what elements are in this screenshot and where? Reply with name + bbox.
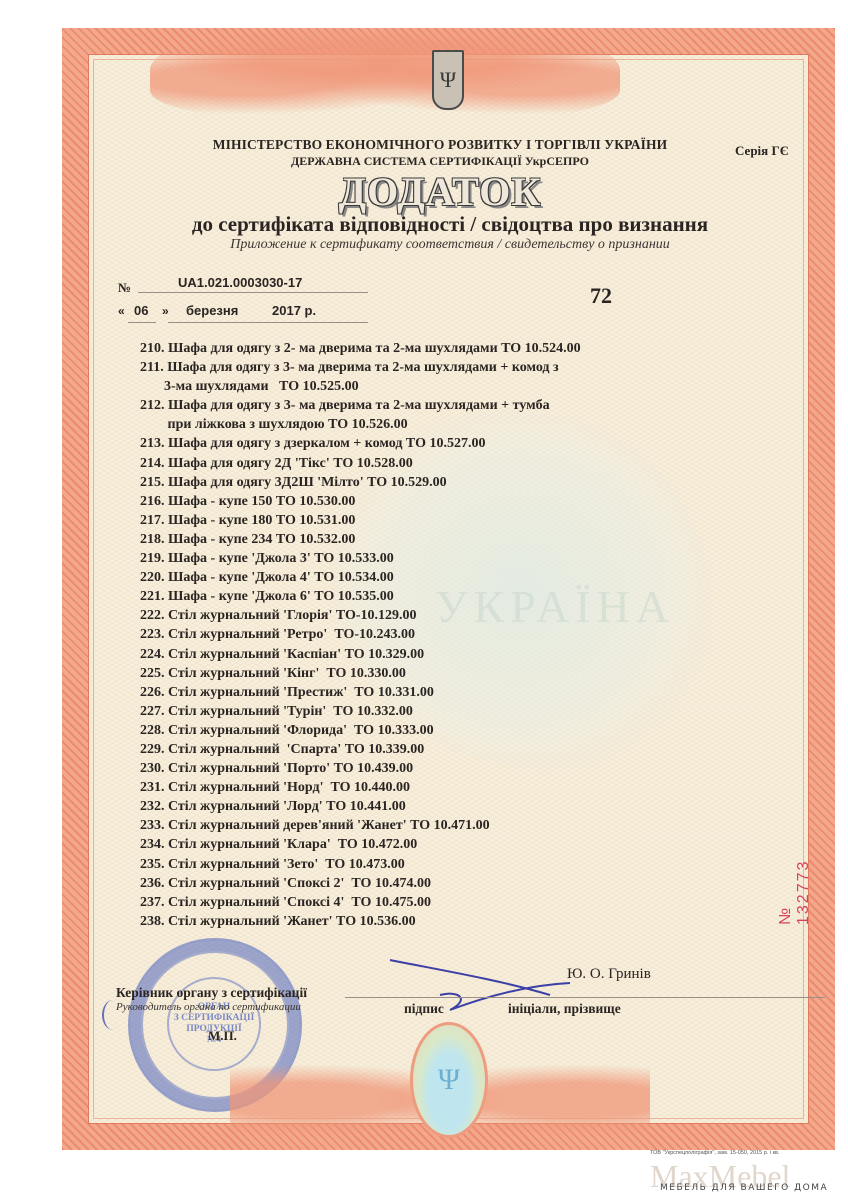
series-label: Серія ГЄ xyxy=(735,143,789,159)
top-ornament xyxy=(150,20,620,120)
list-item: 225. Стіл журнальний 'Кінг' ТО 10.330.00 xyxy=(140,664,700,683)
date-month: березня xyxy=(186,303,238,318)
list-item: 218. Шафа - купе 234 ТО 10.532.00 xyxy=(140,530,700,549)
list-item-text: 212. Шафа для одягу з 3- ма дверима та 2… xyxy=(140,398,550,413)
list-item-text: 213. Шафа для одягу з дзеркалом + комод … xyxy=(140,436,485,451)
brand-tagline: МЕБЕЛЬ ДЛЯ ВАШЕГО ДОМА xyxy=(660,1183,828,1193)
list-item-text: 230. Стіл журнальний 'Порто' ТО 10.439.0… xyxy=(140,761,413,776)
trident-icon: Ψ xyxy=(432,50,464,110)
list-item-continuation: при ліжкова з шухлядою ТО 10.526.00 xyxy=(140,415,700,434)
list-item: 217. Шафа - купе 180 ТО 10.531.00 xyxy=(140,511,700,530)
head-label-ru: Руководитель органа по сертификации xyxy=(116,1001,301,1013)
list-item: 223. Стіл журнальний 'Ретро' ТО-10.243.0… xyxy=(140,625,700,644)
list-item-text: 211. Шафа для одягу з 3- ма дверима та 2… xyxy=(140,360,559,375)
list-item: 220. Шафа - купе 'Джола 4' ТО 10.534.00 xyxy=(140,568,700,587)
list-item-text: 228. Стіл журнальний 'Флорида' ТО 10.333… xyxy=(140,723,434,738)
list-item: 236. Стіл журнальний 'Споксі 2' ТО 10.47… xyxy=(140,874,700,893)
date-day: 06 xyxy=(134,303,148,318)
list-item: 229. Стіл журнальний 'Спарта' ТО 10.339.… xyxy=(140,740,700,759)
initials-label: ініціали, прізвище xyxy=(508,1001,621,1017)
list-item-text: 234. Стіл журнальний 'Клара' ТО 10.472.0… xyxy=(140,837,417,852)
list-item-text: 232. Стіл журнальний 'Лорд' ТО 10.441.00 xyxy=(140,799,406,814)
list-item-text: 226. Стіл журнальний 'Престиж' ТО 10.331… xyxy=(140,685,434,700)
day-underline xyxy=(128,322,156,323)
date-open-quote: « xyxy=(118,304,125,318)
number-label: № xyxy=(118,280,131,296)
list-item-text: 236. Стіл журнальний 'Споксі 2' ТО 10.47… xyxy=(140,876,431,891)
list-item: 238. Стіл журнальний 'Жанет' ТО 10.536.0… xyxy=(140,912,700,931)
list-item-text: 238. Стіл журнальний 'Жанет' ТО 10.536.0… xyxy=(140,914,416,929)
subtitle: до сертифіката відповідності / свідоцтва… xyxy=(120,212,780,237)
certification-system: ДЕРЖАВНА СИСТЕМА СЕРТИФІКАЦІЇ УкрСЕПРО xyxy=(160,154,720,169)
certificate-number: UA1.021.0003030-17 xyxy=(178,275,302,290)
list-item: 232. Стіл журнальний 'Лорд' ТО 10.441.00 xyxy=(140,797,700,816)
hologram-trident-icon: Ψ xyxy=(410,1022,488,1138)
list-item-text: 235. Стіл журнальний 'Зето' ТО 10.473.00 xyxy=(140,857,405,872)
list-item-text: 224. Стіл журнальний 'Каспіан' ТО 10.329… xyxy=(140,647,424,662)
list-item-text: 219. Шафа - купе 'Джола 3' ТО 10.533.00 xyxy=(140,551,394,566)
list-item-text: 231. Стіл журнальний 'Норд' ТО 10.440.00 xyxy=(140,780,410,795)
list-item: 230. Стіл журнальний 'Порто' ТО 10.439.0… xyxy=(140,759,700,778)
signature-label: підпис xyxy=(404,1001,444,1017)
handwritten-signature xyxy=(380,950,620,1030)
list-item-text: 229. Стіл журнальний 'Спарта' ТО 10.339.… xyxy=(140,742,424,757)
list-item: 237. Стіл журнальний 'Споксі 4' ТО 10.47… xyxy=(140,893,700,912)
list-item: 224. Стіл журнальний 'Каспіан' ТО 10.329… xyxy=(140,645,700,664)
list-item-text: 214. Шафа для одягу 2Д 'Тікс' ТО 10.528.… xyxy=(140,456,413,471)
list-item: 233. Стіл журнальний дерев'яний 'Жанет' … xyxy=(140,816,700,835)
signature-line xyxy=(345,997,825,998)
signatory-name: Ю. О. Гринів xyxy=(567,966,651,983)
number-underline xyxy=(138,292,368,293)
date-close-quote: » xyxy=(162,304,169,318)
list-item: 226. Стіл журнальний 'Престиж' ТО 10.331… xyxy=(140,683,700,702)
list-item: 221. Шафа - купе 'Джола 6' ТО 10.535.00 xyxy=(140,587,700,606)
list-item-text: 227. Стіл журнальний 'Турін' ТО 10.332.0… xyxy=(140,704,413,719)
stamp-line: З СЕРТИФІКАЦІЇ xyxy=(174,1013,255,1024)
subtitle-ru: Приложение к сертификату соответствия / … xyxy=(120,237,780,253)
list-item-text: 210. Шафа для одягу з 2- ма дверима та 2… xyxy=(140,341,581,356)
list-item: 210. Шафа для одягу з 2- ма дверима та 2… xyxy=(140,339,700,358)
printer-note: ТОВ "Укрспецполіграфія", зам. 15-050, 20… xyxy=(650,1150,779,1156)
list-item-text: 237. Стіл журнальний 'Споксі 4' ТО 10.47… xyxy=(140,895,431,910)
list-item-text: 220. Шафа - купе 'Джола 4' ТО 10.534.00 xyxy=(140,570,394,585)
list-item-text: 221. Шафа - купе 'Джола 6' ТО 10.535.00 xyxy=(140,589,394,604)
list-item: 228. Стіл журнальний 'Флорида' ТО 10.333… xyxy=(140,721,700,740)
list-item-text: 233. Стіл журнальний дерев'яний 'Жанет' … xyxy=(140,818,490,833)
list-item-text: 218. Шафа - купе 234 ТО 10.532.00 xyxy=(140,532,355,547)
list-item-text: 217. Шафа - купе 180 ТО 10.531.00 xyxy=(140,513,355,528)
list-item: 215. Шафа для одягу 3Д2Ш 'Мілто' ТО 10.5… xyxy=(140,473,700,492)
page-number: 72 xyxy=(590,283,612,309)
list-item: 213. Шафа для одягу з дзеркалом + комод … xyxy=(140,434,700,453)
list-item-text: 215. Шафа для одягу 3Д2Ш 'Мілто' ТО 10.5… xyxy=(140,475,447,490)
list-item-text: 216. Шафа - купе 150 ТО 10.530.00 xyxy=(140,494,355,509)
product-list: 210. Шафа для одягу з 2- ма дверима та 2… xyxy=(140,339,700,931)
list-item: 214. Шафа для одягу 2Д 'Тікс' ТО 10.528.… xyxy=(140,454,700,473)
list-item: 212. Шафа для одягу з 3- ма дверима та 2… xyxy=(140,396,700,434)
serial-number: № 132773 xyxy=(777,854,813,925)
list-item-text: 223. Стіл журнальний 'Ретро' ТО-10.243.0… xyxy=(140,627,415,642)
list-item: 235. Стіл журнальний 'Зето' ТО 10.473.00 xyxy=(140,855,700,874)
list-item: 219. Шафа - купе 'Джола 3' ТО 10.533.00 xyxy=(140,549,700,568)
list-item: 216. Шафа - купе 150 ТО 10.530.00 xyxy=(140,492,700,511)
list-item: 227. Стіл журнальний 'Турін' ТО 10.332.0… xyxy=(140,702,700,721)
date-year: 2017 р. xyxy=(272,303,316,318)
list-item-text: 222. Стіл журнальний 'Глорія' ТО-10.129.… xyxy=(140,608,417,623)
list-item: 234. Стіл журнальний 'Клара' ТО 10.472.0… xyxy=(140,835,700,854)
list-item: 211. Шафа для одягу з 3- ма дверима та 2… xyxy=(140,358,700,396)
list-item-continuation: 3-ма шухлядами ТО 10.525.00 xyxy=(140,377,700,396)
list-item-text: 225. Стіл журнальний 'Кінг' ТО 10.330.00 xyxy=(140,666,406,681)
date-underline xyxy=(168,322,368,323)
list-item: 222. Стіл журнальний 'Глорія' ТО-10.129.… xyxy=(140,606,700,625)
page-title: ДОДАТОК xyxy=(160,168,720,215)
ministry-name: МІНІСТЕРСТВО ЕКОНОМІЧНОГО РОЗВИТКУ І ТОР… xyxy=(160,137,720,153)
head-label: Керівник органу з сертифікації xyxy=(116,985,307,1001)
list-item: 231. Стіл журнальний 'Норд' ТО 10.440.00 xyxy=(140,778,700,797)
